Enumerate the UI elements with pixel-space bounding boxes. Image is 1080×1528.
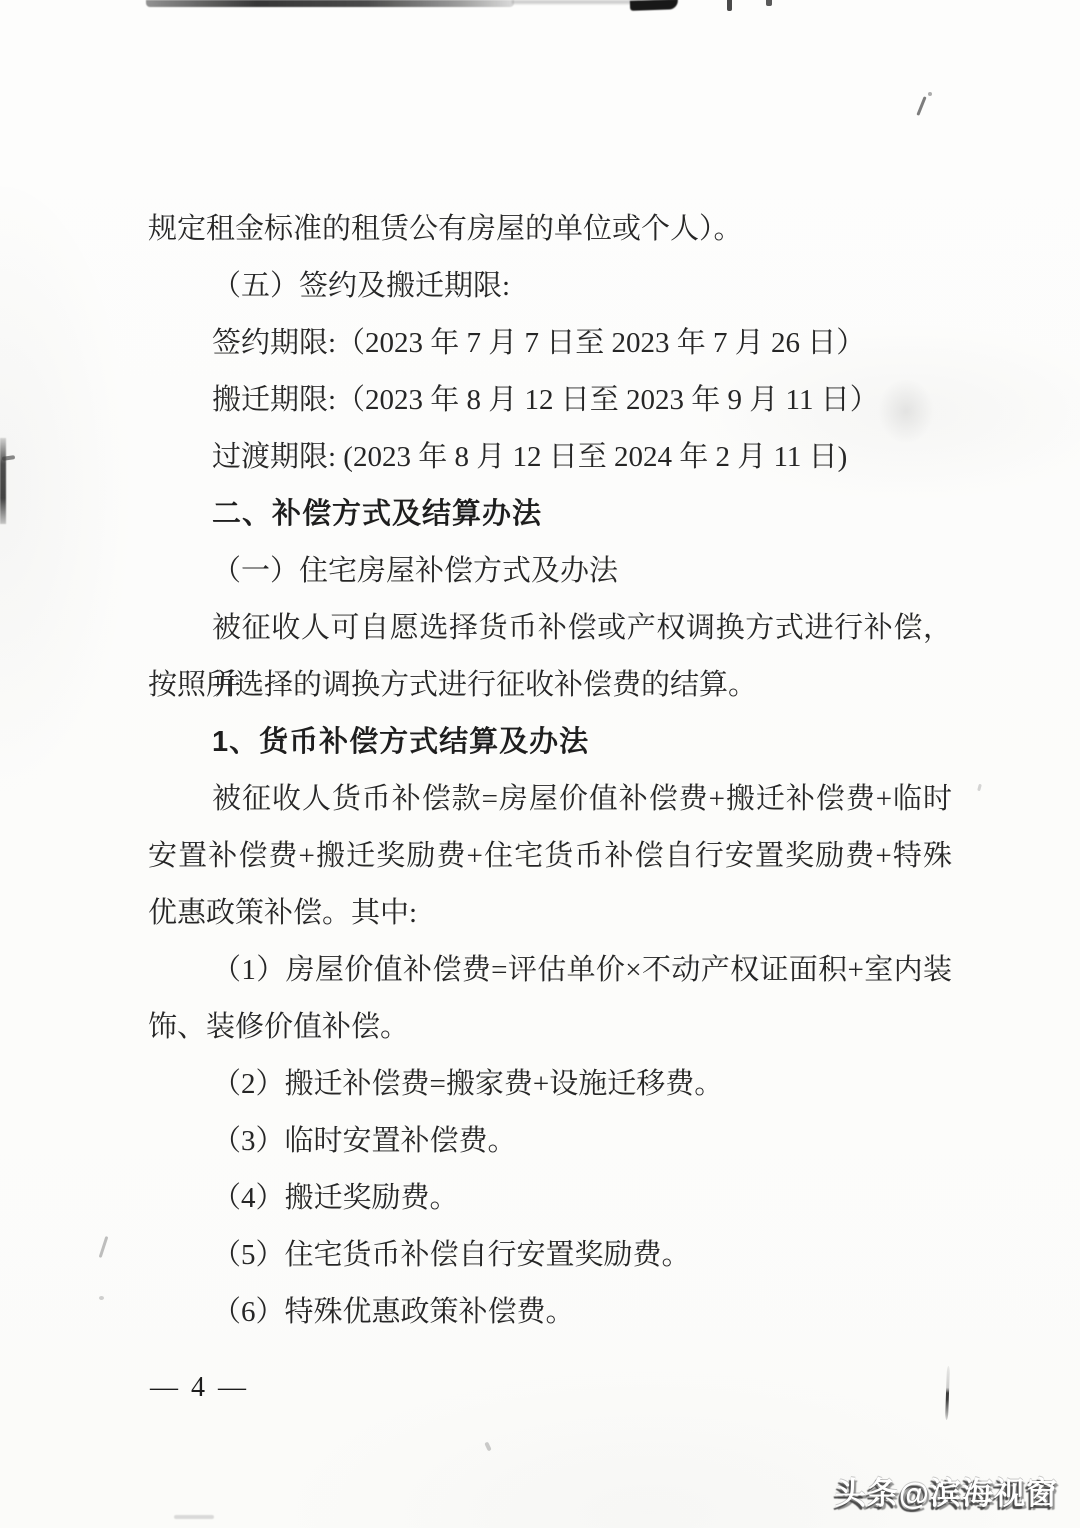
- doc-line: 安置补偿费+搬迁奖励费+住宅货币补偿自行安置奖励费+特殊: [148, 828, 952, 885]
- doc-line: 优惠政策补偿。其中:: [148, 885, 952, 942]
- doc-line: （6）特殊优惠政策补偿费。: [212, 1284, 952, 1341]
- doc-line: 过渡期限: (2023 年 8 月 12 日至 2024 年 2 月 11 日): [212, 429, 952, 486]
- scan-artifact-top-tick: [766, 0, 772, 6]
- scan-artifact-right-tick: [916, 96, 926, 116]
- scan-artifact-right-dot: [928, 92, 932, 96]
- watermark: 头条@滨海视窗: [835, 1468, 1058, 1513]
- doc-heading: 1、货币补偿方式结算及办法: [212, 714, 952, 771]
- scan-artifact-mid-tick: [977, 784, 982, 792]
- doc-line: 被征收人可自愿选择货币补偿或产权调换方式进行补偿，并: [212, 600, 952, 657]
- doc-line: 规定租金标准的租赁公有房屋的单位或个人）。: [148, 201, 952, 258]
- scan-artifact-left-streak: [0, 438, 6, 524]
- document-body: 规定租金标准的租赁公有房屋的单位或个人）。 （五）签约及搬迁期限: 签约期限:（…: [148, 201, 952, 1341]
- page-number: — 4 —: [150, 1372, 249, 1404]
- scan-artifact-left-nub: [2, 455, 15, 461]
- scan-artifact-left-slash: [99, 1236, 109, 1258]
- doc-line: 饰、装修价值补偿。: [148, 999, 952, 1056]
- scan-artifact-bottom-dash: [174, 1515, 214, 1519]
- doc-line: 搬迁期限:（2023 年 8 月 12 日至 2023 年 9 月 11 日）: [212, 372, 952, 429]
- doc-heading: 二、补偿方式及结算办法: [212, 486, 952, 543]
- doc-line: （4）搬迁奖励费。: [212, 1170, 952, 1227]
- scan-artifact-top-tail: [512, 0, 640, 4]
- doc-line: 被征收人货币补偿款=房屋价值补偿费+搬迁补偿费+临时: [212, 771, 952, 828]
- doc-line: （一）住宅房屋补偿方式及办法: [212, 543, 952, 600]
- scan-artifact-speck: [484, 1442, 491, 1452]
- doc-line: 按照所选择的调换方式进行征收补偿费的结算。: [148, 657, 952, 714]
- doc-line: 签约期限:（2023 年 7 月 7 日至 2023 年 7 月 26 日）: [212, 315, 952, 372]
- doc-line: （2）搬迁补偿费=搬家费+设施迁移费。: [212, 1056, 952, 1113]
- scan-artifact-top-streak: [146, 0, 514, 7]
- doc-line: （5）住宅货币补偿自行安置奖励费。: [212, 1227, 952, 1284]
- doc-line: （五）签约及搬迁期限:: [212, 258, 952, 315]
- scan-artifact-top-tick: [727, 0, 732, 11]
- scanned-document-page: 规定租金标准的租赁公有房屋的单位或个人）。 （五）签约及搬迁期限: 签约期限:（…: [0, 0, 1080, 1528]
- scan-artifact-left-dot: [99, 1296, 104, 1300]
- doc-line: （1）房屋价值补偿费=评估单价×不动产权证面积+室内装: [212, 942, 952, 999]
- doc-line: （3）临时安置补偿费。: [212, 1113, 952, 1170]
- scan-artifact-top-wedge: [630, 0, 678, 11]
- scan-artifact-right-curve: [945, 1366, 950, 1420]
